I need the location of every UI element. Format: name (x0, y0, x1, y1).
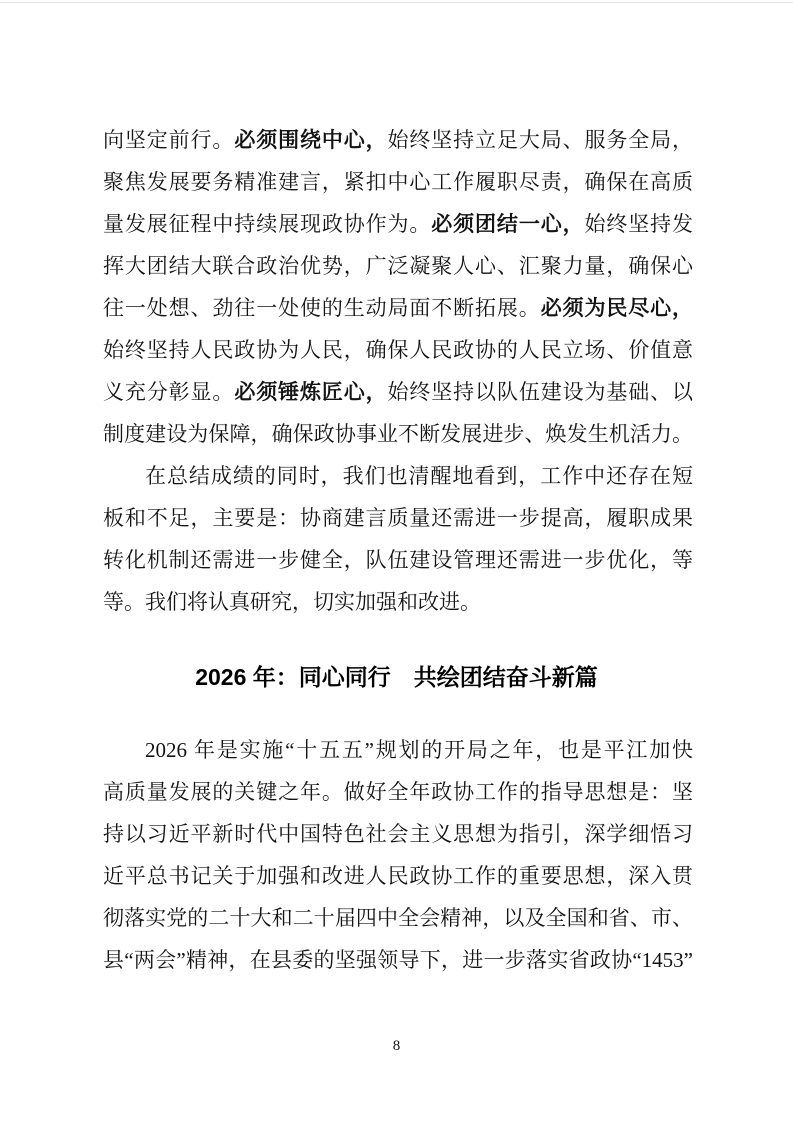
text-line: 向坚定前行。必须围绕中心，始终坚持立足大局、服务全局， (103, 119, 693, 161)
text-run: 彻落实党的二十大和二十届四中全会精神，以及全国和省、市、 (103, 906, 693, 930)
bold-text-run: 必须锤炼匠心， (234, 380, 387, 404)
page-top-edge (0, 2, 793, 3)
bold-text-run: 必须围绕中心， (234, 128, 387, 152)
text-line: 挥大团结大联合政治优势，广泛凝聚人心、汇聚力量，确保心 (103, 245, 693, 287)
text-line: 板和不足，主要是：协商建言质量还需进一步提高，履职成果 (103, 497, 693, 539)
text-run: 向坚定前行。 (103, 128, 234, 152)
text-run: 挥大团结大联合政治优势，广泛凝聚人心、汇聚力量，确保心 (103, 254, 693, 278)
text-line: 近平总书记关于加强和改进人民政协工作的重要思想，深入贯 (103, 855, 693, 897)
text-line: 量发展征程中持续展现政协作为。必须团结一心，始终坚持发 (103, 203, 693, 245)
document-page: 向坚定前行。必须围绕中心，始终坚持立足大局、服务全局， 聚焦发展要务精准建言，紧… (0, 0, 793, 1122)
text-run: 板和不足，主要是：协商建言质量还需进一步提高，履职成果 (103, 506, 693, 530)
text-run: 在总结成绩的同时，我们也清醒地看到，工作中还存在短 (145, 464, 693, 488)
text-line: 持以习近平新时代中国特色社会主义思想为指引，深学细悟习 (103, 813, 693, 855)
text-line: 转化机制还需进一步健全，队伍建设管理还需进一步优化，等 (103, 539, 693, 581)
text-line: 2026 年是实施“十五五”规划的开局之年，也是平江加快 (103, 729, 693, 771)
text-run: 高质量发展的关键之年。做好全年政协工作的指导思想是：坚 (103, 780, 693, 804)
text-run: 聚焦发展要务精准建言，紧扣中心工作履职尽责，确保在高质 (103, 170, 693, 194)
page-number: 8 (0, 1036, 793, 1056)
text-line: 往一处想、劲往一处使的生动局面不断拓展。必须为民尽心， (103, 287, 693, 329)
text-run: 始终坚持立足大局、服务全局， (388, 128, 694, 152)
text-run: 县“两会”精神，在县委的坚强领导下，进一步落实省政协“1453” (103, 948, 693, 972)
text-line: 高质量发展的关键之年。做好全年政协工作的指导思想是：坚 (103, 771, 693, 813)
text-run: 义充分彰显。 (103, 380, 234, 404)
text-line: 县“两会”精神，在县委的坚强领导下，进一步落实省政协“1453” (103, 939, 693, 981)
bold-text-run: 必须为民尽心， (541, 296, 693, 320)
text-run: 往一处想、劲往一处使的生动局面不断拓展。 (103, 296, 541, 320)
text-run: 持以习近平新时代中国特色社会主义思想为指引，深学细悟习 (103, 822, 693, 846)
text-line: 制度建设为保障，确保政协事业不断发展进步、焕发生机活力。 (103, 413, 693, 455)
text-run: 等。我们将认真研究，切实加强和改进。 (103, 590, 481, 614)
body-text-block: 2026 年是实施“十五五”规划的开局之年，也是平江加快 高质量发展的关键之年。… (103, 729, 693, 981)
body-text-block: 向坚定前行。必须围绕中心，始终坚持立足大局、服务全局， 聚焦发展要务精准建言，紧… (103, 119, 693, 623)
text-run: 制度建设为保障，确保政协事业不断发展进步、焕发生机活力。 (103, 422, 693, 446)
text-run: 始终坚持以队伍建设为基础、以 (388, 380, 694, 404)
section-heading: 2026 年：同心同行 共绘团结奋斗新篇 (0, 656, 793, 698)
bold-text-run: 必须团结一心， (431, 212, 584, 236)
text-run: 始终坚持人民政协为人民，确保人民政协的人民立场、价值意 (103, 338, 693, 362)
text-run: 始终坚持发 (584, 212, 693, 236)
text-line: 在总结成绩的同时，我们也清醒地看到，工作中还存在短 (103, 455, 693, 497)
text-run: 转化机制还需进一步健全，队伍建设管理还需进一步优化，等 (103, 548, 693, 572)
text-line: 彻落实党的二十大和二十届四中全会精神，以及全国和省、市、 (103, 897, 693, 939)
text-run: 量发展征程中持续展现政协作为。 (103, 212, 431, 236)
text-line: 义充分彰显。必须锤炼匠心，始终坚持以队伍建设为基础、以 (103, 371, 693, 413)
text-line: 等。我们将认真研究，切实加强和改进。 (103, 581, 693, 623)
text-run: 2026 年是实施“十五五”规划的开局之年，也是平江加快 (145, 738, 693, 762)
text-line: 聚焦发展要务精准建言，紧扣中心工作履职尽责，确保在高质 (103, 161, 693, 203)
text-line: 始终坚持人民政协为人民，确保人民政协的人民立场、价值意 (103, 329, 693, 371)
text-run: 近平总书记关于加强和改进人民政协工作的重要思想，深入贯 (103, 864, 693, 888)
